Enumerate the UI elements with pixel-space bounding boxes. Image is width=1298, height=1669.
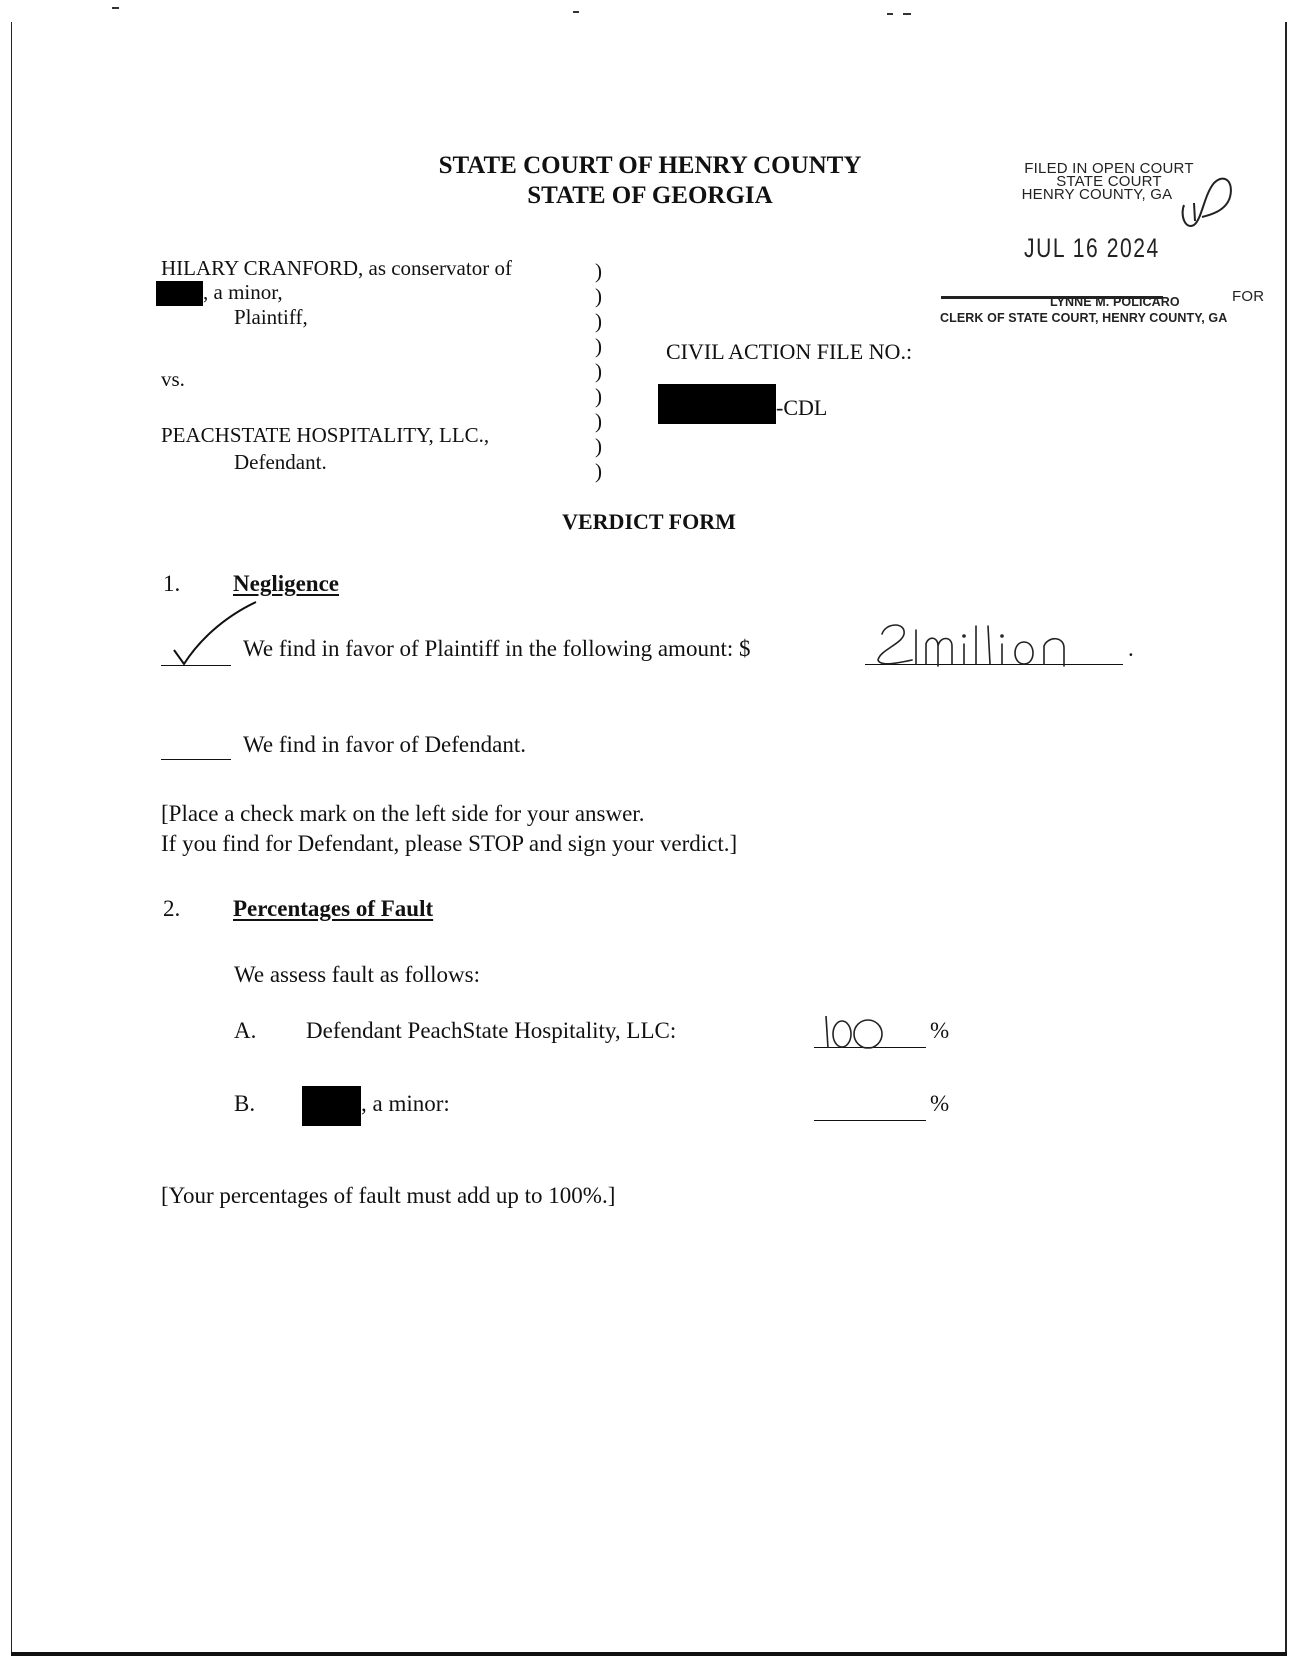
defendant-role: Defendant.: [234, 450, 327, 474]
redacted-minor-name: [156, 281, 203, 306]
paren: ): [595, 334, 602, 358]
plaintiff-minor-label: , a minor,: [203, 280, 283, 304]
plaintiff-name: HILARY CRANFORD, as conservator of: [161, 256, 512, 280]
handwritten-amount: 21 million: [872, 620, 1112, 670]
instruction-line-1: [Place a check mark on the left side for…: [161, 800, 644, 828]
section2-heading: Percentages of Fault: [233, 895, 433, 923]
fault-row-b-party: , a minor:: [361, 1090, 450, 1118]
fault-b-unit: %: [930, 1090, 949, 1118]
form-title: VERDICT FORM: [0, 508, 1298, 536]
defendant-check-blank[interactable]: [161, 759, 231, 760]
instruction-line-2: If you find for Defendant, please STOP a…: [161, 830, 737, 858]
fault-row-a-letter: A.: [234, 1017, 256, 1045]
stamp-for-label: FOR: [1232, 289, 1264, 304]
stamp-county-line: HENRY COUNTY, GA: [1004, 187, 1190, 202]
file-number-suffix: -CDL: [776, 396, 827, 420]
paren: ): [595, 284, 602, 308]
scan-speck: [887, 13, 893, 15]
fault-row-b-letter: B.: [234, 1090, 255, 1118]
defendant-name: PEACHSTATE HOSPITALITY, LLC.,: [161, 423, 489, 447]
fault-footer-note: [Your percentages of fault must add up t…: [161, 1182, 615, 1210]
page-border-bottom: [11, 1652, 1287, 1656]
fault-row-a-party: Defendant PeachState Hospitality, LLC:: [306, 1017, 676, 1045]
paren: ): [595, 359, 602, 383]
versus-label: vs.: [161, 367, 185, 391]
paren: ): [595, 434, 602, 458]
handwritten-fault-a: 100: [818, 1012, 898, 1052]
page-border-left: [11, 22, 12, 1655]
paren: ): [595, 384, 602, 408]
court-state: STATE OF GEORGIA: [370, 181, 930, 211]
paren: ): [595, 409, 602, 433]
section1-number: 1.: [163, 570, 180, 598]
redacted-file-number: [658, 384, 776, 424]
stamp-clerk-title: CLERK OF STATE COURT, HENRY COUNTY, GA: [940, 311, 1227, 325]
scan-speck: [903, 13, 911, 15]
court-name: STATE COURT OF HENRY COUNTY: [370, 151, 930, 181]
defendant-option-text: We find in favor of Defendant.: [243, 731, 526, 759]
stamp-date: JUL 16 2024: [1024, 233, 1160, 264]
amount-trailing-period: .: [1128, 635, 1134, 663]
plaintiff-option-text: We find in favor of Plaintiff in the fol…: [243, 635, 750, 663]
redacted-minor-name: [302, 1086, 361, 1126]
clerk-initials-signature: [1180, 175, 1250, 235]
plaintiff-role: Plaintiff,: [234, 305, 308, 329]
fault-b-blank-line[interactable]: [814, 1120, 926, 1121]
paren: ): [595, 459, 602, 483]
paren: ): [595, 309, 602, 333]
section1-heading: Negligence: [233, 570, 339, 598]
paren: ): [595, 259, 602, 283]
scan-speck: [573, 11, 579, 13]
civil-action-label: CIVIL ACTION FILE NO.:: [666, 340, 912, 364]
page-border-right: [1285, 22, 1287, 1655]
stamp-clerk-name: LYNNE M. POLICARO: [1050, 295, 1180, 309]
fault-a-unit: %: [930, 1017, 949, 1045]
fault-intro: We assess fault as follows:: [234, 961, 480, 989]
scan-speck: [112, 7, 119, 9]
section2-number: 2.: [163, 895, 180, 923]
